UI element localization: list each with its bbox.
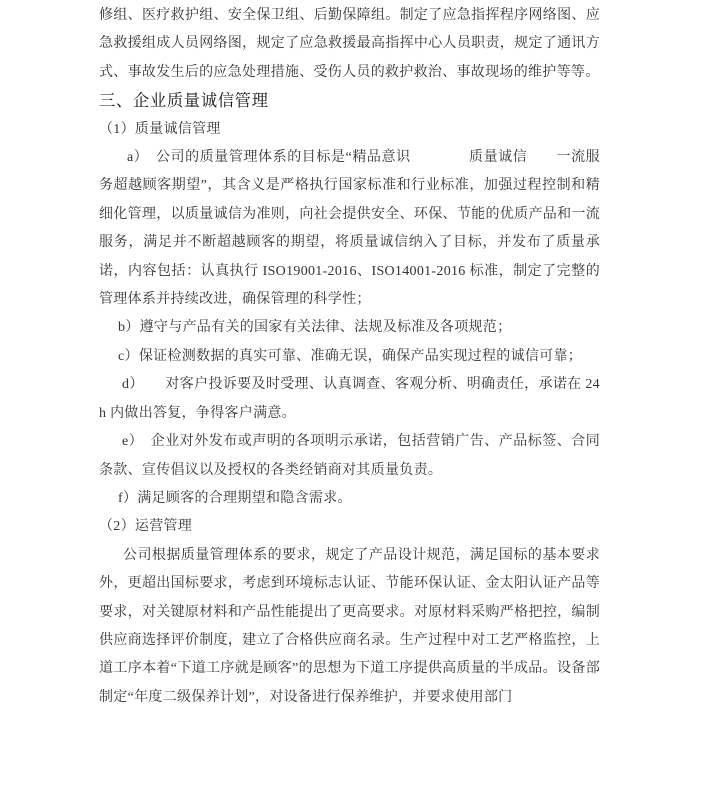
- list-item-d-customer-complaints: d） 对客户投诉要及时受理、认真调查、客观分析、明确责任，承诺在 24h 内做出…: [99, 371, 600, 428]
- subheading-quality-integrity-management: （1）质量诚信管理: [99, 116, 600, 144]
- subheading-operations-management: （2）运营管理: [99, 513, 600, 541]
- list-item-a-quality-system-goal: a） 公司的质量管理体系的目标是“精品意识 质量诚信 一流服务超越顾客期望”，其…: [99, 144, 600, 314]
- list-item-b-comply-laws: b）遵守与产品有关的国家有关法律、法规及标准及各项规范；: [99, 314, 600, 342]
- list-item-e-public-commitments: e） 企业对外发布或声明的各项明示承诺，包括营销广告、产品标签、合同条款、宣传倡…: [99, 428, 600, 485]
- section-heading-enterprise-quality-integrity: 三、企业质量诚信管理: [99, 87, 600, 115]
- list-item-c-test-data-accuracy: c）保证检测数据的真实可靠、准确无误，确保产品实现过程的诚信可靠；: [99, 343, 600, 371]
- document-text-column: 修组、医疗救护组、安全保卫组、后勤保障组。制定了应急指挥程序网络图、应急救援组成…: [0, 0, 600, 712]
- document-page: 修组、医疗救护组、安全保卫组、后勤保障组。制定了应急指挥程序网络图、应急救援组成…: [0, 0, 705, 808]
- list-item-f-customer-expectations: f）满足顾客的合理期望和隐含需求。: [99, 485, 600, 513]
- paragraph-operations-management-body: 公司根据质量管理体系的要求，规定了产品设计规范，满足国标的基本要求外，更超出国标…: [99, 542, 600, 712]
- paragraph-emergency-groups-continued: 修组、医疗救护组、安全保卫组、后勤保障组。制定了应急指挥程序网络图、应急救援组成…: [99, 2, 600, 87]
